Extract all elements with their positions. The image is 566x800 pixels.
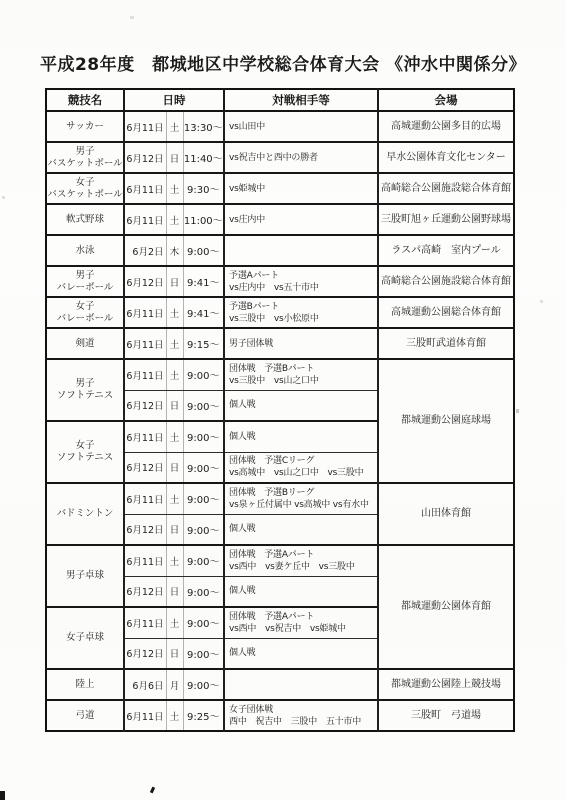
cell-day-of-week: 日 [166,514,183,545]
cell-date: 6月2日 [124,235,166,266]
document-page: 平成28年度 都城地区中学校総合体育大会 《沖水中関係分》 競技名 日時 対戦相… [0,0,566,800]
cell-date: 6月11日 [124,483,166,514]
cell-date: 6月12日 [124,638,166,669]
cell-day-of-week: 日 [166,266,183,297]
cell-date: 6月11日 [124,607,166,638]
cell-date: 6月12日 [124,452,166,483]
scan-artifact-speck [516,409,519,413]
cell-sport: 男子 バレーボール [46,266,124,297]
table-row-1: 男子 バスケットボール6月12日日11:40〜vs祝吉中と西中の勝者早水公園体育… [46,142,514,173]
cell-opponent: vs祝吉中と西中の勝者 [224,142,378,173]
cell-date: 6月11日 [124,700,166,731]
cell-opponent: 個人戦 [224,390,378,421]
cell-sport: サッカー [46,111,124,142]
cell-venue: 高崎総合公園施設総合体育館 [378,173,514,204]
cell-date: 6月6日 [124,669,166,700]
cell-venue: 高崎総合公園施設総合体育館 [378,266,514,297]
cell-venue: 三股町 弓道場 [378,700,514,731]
cell-venue: 三股町武道体育館 [378,328,514,359]
cell-opponent [224,669,378,700]
cell-day-of-week: 土 [166,297,183,328]
table-row-6: 女子 バレーボール6月11日土9:41〜予選Bパート vs三股中 vs小松原中高… [46,297,514,328]
cell-venue: 高城運動公園総合体育館 [378,297,514,328]
table-row-8: 男子 ソフトテニス6月11日土9:00〜団体戦 予選Bパート vs三股中 vs山… [46,359,514,390]
cell-day-of-week: 土 [166,359,183,390]
cell-venue: 都城運動公園陸上競技場 [378,669,514,700]
cell-day-of-week: 月 [166,669,183,700]
cell-date: 6月12日 [124,576,166,607]
cell-day-of-week: 土 [166,545,183,576]
col-header-datetime: 日時 [124,89,224,111]
cell-day-of-week: 日 [166,452,183,483]
cell-sport: 女子 バスケットボール [46,173,124,204]
table-row-5: 男子 バレーボール6月12日日9:41〜予選Aパート vs庄内中 vs五十市中高… [46,266,514,297]
cell-date: 6月11日 [124,421,166,452]
cell-day-of-week: 土 [166,204,183,235]
cell-opponent: 団体戦 予選Bパート vs三股中 vs山之口中 [224,359,378,390]
cell-start-time: 9:25〜 [183,700,224,731]
cell-sport: 女子卓球 [46,607,124,669]
scan-artifact-speck [2,196,5,199]
cell-sport: 男子 ソフトテニス [46,359,124,421]
cell-start-time: 13:30〜 [183,111,224,142]
cell-start-time: 9:15〜 [183,328,224,359]
cell-venue: 三股町旭ヶ丘運動公園野球場 [378,204,514,235]
cell-start-time: 11:40〜 [183,142,224,173]
cell-date: 6月11日 [124,111,166,142]
cell-venue: 山田体育館 [378,483,514,545]
cell-opponent: 男子団体戦 [224,328,378,359]
cell-date: 6月12日 [124,390,166,421]
cell-opponent: 予選Aパート vs庄内中 vs五十市中 [224,266,378,297]
schedule-table-body: サッカー6月11日土13:30〜vs山田中高城運動公園多目的広場男子 バスケット… [46,111,514,731]
cell-sport: 男子 バスケットボール [46,142,124,173]
cell-opponent: 予選Bパート vs三股中 vs小松原中 [224,297,378,328]
cell-date: 6月11日 [124,328,166,359]
cell-opponent: 個人戦 [224,421,378,452]
cell-venue: 早水公園体育文化センター [378,142,514,173]
cell-sport: バドミントン [46,483,124,545]
cell-day-of-week: 日 [166,638,183,669]
cell-day-of-week: 土 [166,421,183,452]
table-row-19: 弓道6月11日土9:25〜女子団体戦 西中 祝吉中 三股中 五十市中三股町 弓道… [46,700,514,731]
col-header-sport: 競技名 [46,89,124,111]
table-row-4: 水泳6月2日木9:00〜ラスパ高崎 室内プール [46,235,514,266]
cell-venue: 都城運動公園体育館 [378,545,514,669]
cell-date: 6月11日 [124,545,166,576]
cell-day-of-week: 土 [166,328,183,359]
table-row-12: バドミントン6月11日土9:00〜団体戦 予選Bリーグ vs泉ヶ丘付属中 vs高… [46,483,514,514]
table-row-3: 軟式野球6月11日土11:00〜vs庄内中三股町旭ヶ丘運動公園野球場 [46,204,514,235]
cell-start-time: 9:00〜 [183,638,224,669]
cell-venue: ラスパ高崎 室内プール [378,235,514,266]
cell-start-time: 9:30〜 [183,173,224,204]
col-header-opponent: 対戦相手等 [224,89,378,111]
table-header-row: 競技名 日時 対戦相手等 会場 [46,89,514,111]
table-row-14: 男子卓球6月11日土9:00〜団体戦 予選Aパート vs西中 vs妻ケ丘中 vs… [46,545,514,576]
cell-start-time: 9:00〜 [183,669,224,700]
cell-day-of-week: 日 [166,576,183,607]
table-row-7: 剣道6月11日土9:15〜男子団体戦三股町武道体育館 [46,328,514,359]
cell-opponent: 団体戦 予選Aパート vs西中 vs祝吉中 vs姫城中 [224,607,378,638]
cell-start-time: 9:41〜 [183,266,224,297]
cell-day-of-week: 土 [166,111,183,142]
cell-date: 6月12日 [124,142,166,173]
cell-date: 6月11日 [124,297,166,328]
table-row-2: 女子 バスケットボール6月11日土9:30〜vs姫城中高崎総合公園施設総合体育館 [46,173,514,204]
scan-artifact-speck [150,787,155,794]
cell-opponent: 団体戦 予選Cリーグ vs高城中 vs山之口中 vs三股中 [224,452,378,483]
cell-date: 6月12日 [124,266,166,297]
cell-opponent [224,235,378,266]
cell-start-time: 9:00〜 [183,390,224,421]
scan-artifact-speck [130,16,134,19]
cell-day-of-week: 土 [166,173,183,204]
cell-sport: 水泳 [46,235,124,266]
scan-artifact-corner-mark [0,791,5,800]
table-row-18: 陸上6月6日月9:00〜都城運動公園陸上競技場 [46,669,514,700]
cell-start-time: 9:00〜 [183,421,224,452]
cell-start-time: 9:00〜 [183,576,224,607]
cell-opponent: 個人戦 [224,638,378,669]
cell-start-time: 9:00〜 [183,483,224,514]
cell-opponent: 個人戦 [224,514,378,545]
col-header-venue: 会場 [378,89,514,111]
cell-start-time: 9:00〜 [183,359,224,390]
cell-date: 6月11日 [124,173,166,204]
cell-opponent: 団体戦 予選Aパート vs西中 vs妻ケ丘中 vs三股中 [224,545,378,576]
cell-day-of-week: 土 [166,607,183,638]
cell-day-of-week: 日 [166,390,183,421]
cell-opponent: 個人戦 [224,576,378,607]
table-row-0: サッカー6月11日土13:30〜vs山田中高城運動公園多目的広場 [46,111,514,142]
cell-start-time: 9:00〜 [183,452,224,483]
cell-start-time: 9:00〜 [183,514,224,545]
schedule-table: 競技名 日時 対戦相手等 会場 サッカー6月11日土13:30〜vs山田中高城運… [45,88,515,732]
scanned-document: { "page": { "title": "平成28年度 都城地区中学校総合体育… [0,0,566,800]
cell-opponent: vs庄内中 [224,204,378,235]
cell-start-time: 9:00〜 [183,545,224,576]
cell-day-of-week: 日 [166,142,183,173]
cell-start-time: 11:00〜 [183,204,224,235]
cell-start-time: 9:00〜 [183,607,224,638]
document-title: 平成28年度 都城地区中学校総合体育大会 《沖水中関係分》 [0,50,566,75]
cell-sport: 男子卓球 [46,545,124,607]
cell-opponent: 団体戦 予選Bリーグ vs泉ヶ丘付属中 vs高城中 vs有水中 [224,483,378,514]
cell-venue: 都城運動公園庭球場 [378,359,514,483]
cell-sport: 女子 ソフトテニス [46,421,124,483]
cell-day-of-week: 木 [166,235,183,266]
cell-opponent: 女子団体戦 西中 祝吉中 三股中 五十市中 [224,700,378,731]
cell-date: 6月12日 [124,514,166,545]
cell-venue: 高城運動公園多目的広場 [378,111,514,142]
cell-day-of-week: 土 [166,483,183,514]
cell-date: 6月11日 [124,359,166,390]
cell-date: 6月11日 [124,204,166,235]
cell-sport: 弓道 [46,700,124,731]
cell-sport: 剣道 [46,328,124,359]
scan-artifact-speck [540,300,543,303]
cell-start-time: 9:00〜 [183,235,224,266]
cell-sport: 女子 バレーボール [46,297,124,328]
cell-opponent: vs姫城中 [224,173,378,204]
cell-day-of-week: 土 [166,700,183,731]
cell-opponent: vs山田中 [224,111,378,142]
cell-sport: 陸上 [46,669,124,700]
cell-start-time: 9:41〜 [183,297,224,328]
cell-sport: 軟式野球 [46,204,124,235]
